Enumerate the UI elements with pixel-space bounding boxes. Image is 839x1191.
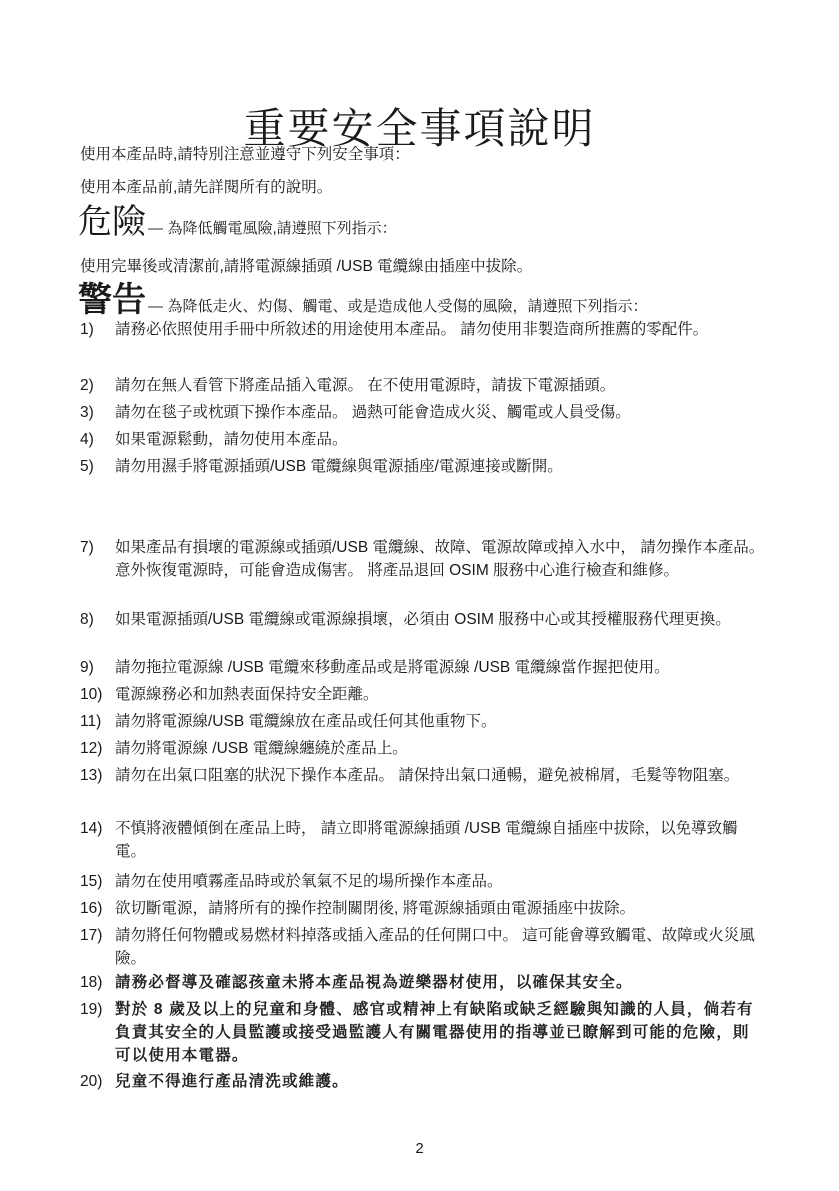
item-number: 20) (80, 1070, 114, 1093)
item-text: 請務必依照使用手冊中所敘述的用途使用本產品。 請勿使用非製造商所推薦的零配件。 (115, 318, 765, 341)
item-number: 5) (80, 455, 114, 478)
list-item: 9) 請勿拖拉電源線 /USB 電纜來移動產品或是將電源線 /USB 電纜線當作… (80, 656, 770, 679)
item-text: 電源線務必和加熱表面保持安全距離。 (115, 683, 765, 706)
list-item: 18) 請務必督導及確認孩童未將本產品視為遊樂器材使用，以確保其安全。 (80, 971, 770, 994)
intro-line-1: 使用本產品時,請特別注意並遵守下列安全事項： (80, 144, 410, 166)
item-text: 對於 8 歲及以上的兒童和身體、感官或精神上有缺陷或缺乏經驗與知識的人員，倘若有… (115, 998, 765, 1067)
warning-text: 為降低走火、灼傷、觸電、或是造成他人受傷的風險，請遵照下列指示： (167, 298, 647, 315)
item-number: 14) (80, 817, 114, 840)
item-number: 8) (80, 608, 114, 631)
list-item: 1) 請務必依照使用手冊中所敘述的用途使用本產品。 請勿使用非製造商所推薦的零配… (80, 318, 770, 341)
list-item: 19) 對於 8 歲及以上的兒童和身體、感官或精神上有缺陷或缺乏經驗與知識的人員… (80, 998, 770, 1067)
item-number: 7) (80, 536, 114, 559)
list-item: 11) 請勿將電源線/USB 電纜線放在產品或任何其他重物下。 (80, 710, 770, 733)
list-item: 5) 請勿用濕手將電源插頭/USB 電纜線與電源插座/電源連接或斷開。 (80, 455, 770, 478)
item-text: 請勿在毯子或枕頭下操作本產品。 過熱可能會造成火災、觸電或人員受傷。 (115, 401, 765, 424)
item-number: 4) (80, 428, 114, 451)
page-number: 2 (0, 1140, 839, 1157)
item-number: 12) (80, 737, 114, 760)
item-number: 17) (80, 924, 114, 947)
item-text: 請勿拖拉電源線 /USB 電纜來移動產品或是將電源線 /USB 電纜線當作握把使… (115, 656, 765, 679)
danger-instruction: 使用完畢後或清潔前,請將電源線插頭 /USB 電纜線由插座中拔除。 (80, 256, 532, 278)
item-text: 請勿在出氣口阻塞的狀況下操作本產品。 請保持出氣口通暢，避免被棉屑，毛髮等物阻塞… (115, 764, 765, 787)
item-text: 請勿將任何物體或易燃材料掉落或插入產品的任何開口中。 這可能會導致觸電、故障或火… (115, 924, 765, 970)
list-item: 4) 如果電源鬆動，請勿使用本產品。 (80, 428, 770, 451)
danger-dash: — (148, 220, 163, 237)
list-item: 14) 不慎將液體傾倒在產品上時， 請立即將電源線插頭 /USB 電纜線自插座中… (80, 817, 770, 863)
item-text: 請勿將電源線/USB 電纜線放在產品或任何其他重物下。 (115, 710, 765, 733)
item-number: 3) (80, 401, 114, 424)
list-item: 2) 請勿在無人看管下將產品插入電源。 在不使用電源時，請拔下電源插頭。 (80, 374, 770, 397)
item-text: 請勿將電源線 /USB 電纜線纏繞於產品上。 (115, 737, 765, 760)
item-text: 如果產品有損壞的電源線或插頭/USB 電纜線、故障、電源故障或掉入水中， 請勿操… (115, 536, 765, 582)
list-item: 15) 請勿在使用噴霧產品時或於氧氣不足的場所操作本產品。 (80, 870, 770, 893)
warning-dash: — (148, 298, 163, 315)
list-item: 10) 電源線務必和加熱表面保持安全距離。 (80, 683, 770, 706)
warning-heading: 警告— 為降低走火、灼傷、觸電、或是造成他人受傷的風險，請遵照下列指示： (78, 280, 647, 320)
list-item: 12) 請勿將電源線 /USB 電纜線纏繞於產品上。 (80, 737, 770, 760)
item-text: 如果電源鬆動，請勿使用本產品。 (115, 428, 765, 451)
document-page: 重要安全事項說明 使用本產品時,請特別注意並遵守下列安全事項： 使用本產品前,請… (0, 0, 839, 1191)
list-item: 8) 如果電源插頭/USB 電纜線或電源線損壞，必須由 OSIM 服務中心或其授… (80, 608, 770, 631)
item-number: 10) (80, 683, 114, 706)
item-text: 欲切斷電源，請將所有的操作控制關閉後, 將電源線插頭由電源插座中拔除。 (115, 897, 765, 920)
danger-heading: 危險— 為降低觸電風險,請遵照下列指示： (78, 202, 397, 242)
warning-label: 警告 (78, 281, 146, 319)
item-text: 不慎將液體傾倒在產品上時， 請立即將電源線插頭 /USB 電纜線自插座中拔除，以… (115, 817, 765, 863)
item-text: 如果電源插頭/USB 電纜線或電源線損壞，必須由 OSIM 服務中心或其授權服務… (115, 608, 765, 631)
list-item: 7) 如果產品有損壞的電源線或插頭/USB 電纜線、故障、電源故障或掉入水中， … (80, 536, 770, 582)
item-number: 16) (80, 897, 114, 920)
item-text: 兒童不得進行產品清洗或維護。 (115, 1070, 765, 1093)
item-number: 19) (80, 998, 114, 1021)
item-number: 18) (80, 971, 114, 994)
item-number: 15) (80, 870, 114, 893)
item-text: 請勿在使用噴霧產品時或於氧氣不足的場所操作本產品。 (115, 870, 765, 893)
item-number: 2) (80, 374, 114, 397)
item-number: 9) (80, 656, 114, 679)
danger-text: 為降低觸電風險,請遵照下列指示： (167, 220, 396, 237)
item-number: 13) (80, 764, 114, 787)
list-item: 13) 請勿在出氣口阻塞的狀況下操作本產品。 請保持出氣口通暢，避免被棉屑，毛髮… (80, 764, 770, 787)
item-text: 請勿用濕手將電源插頭/USB 電纜線與電源插座/電源連接或斷開。 (115, 455, 765, 478)
danger-label: 危險 (78, 203, 146, 241)
list-item: 17) 請勿將任何物體或易燃材料掉落或插入產品的任何開口中。 這可能會導致觸電、… (80, 924, 770, 970)
item-number: 1) (80, 318, 114, 341)
list-item: 20) 兒童不得進行產品清洗或維護。 (80, 1070, 770, 1093)
intro-line-2: 使用本產品前,請先詳閱所有的說明。 (80, 177, 332, 199)
item-number: 11) (80, 710, 114, 733)
list-item: 16) 欲切斷電源，請將所有的操作控制關閉後, 將電源線插頭由電源插座中拔除。 (80, 897, 770, 920)
item-text: 請勿在無人看管下將產品插入電源。 在不使用電源時，請拔下電源插頭。 (115, 374, 765, 397)
list-item: 3) 請勿在毯子或枕頭下操作本產品。 過熱可能會造成火災、觸電或人員受傷。 (80, 401, 770, 424)
item-text: 請務必督導及確認孩童未將本產品視為遊樂器材使用，以確保其安全。 (115, 971, 765, 994)
